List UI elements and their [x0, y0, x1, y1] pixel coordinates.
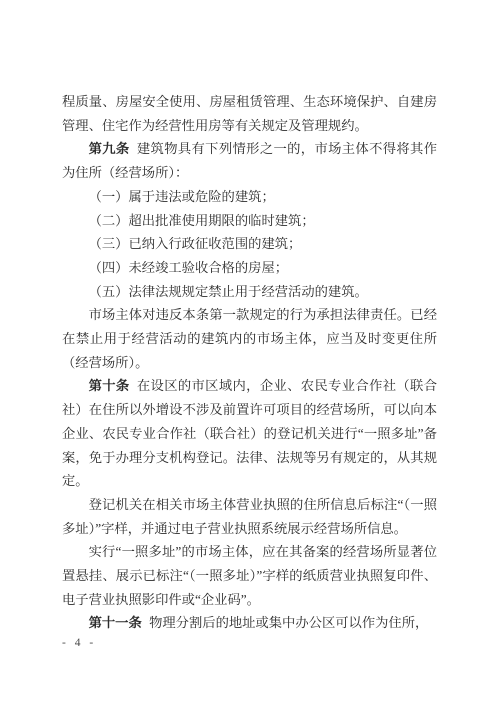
- paragraph-text: 实行“一照多址”的市场主体，应在其备案的经营场所显著位置悬挂、展示已标注“（一照…: [62, 544, 437, 606]
- paragraph: 第十条在设区的市区域内，企业、农民专业合作社（联合社）在住所以外增设不涉及前置许…: [62, 374, 437, 493]
- paragraph-text: 市场主体对违反本条第一款规定的行为承担法律责任。已经在禁止用于经营活动的建筑内的…: [62, 307, 437, 369]
- paragraph: 市场主体对违反本条第一款规定的行为承担法律责任。已经在禁止用于经营活动的建筑内的…: [62, 303, 437, 374]
- paragraph: （一）属于违法或危险的建筑；: [62, 185, 437, 209]
- paragraph: 第十一条物理分割后的地址或集中办公区可以作为住所，: [62, 611, 437, 635]
- document-body: 程质量、房屋安全使用、房屋租赁管理、生态环境保护、自建房管理、住宅作为经营性用房…: [62, 90, 437, 635]
- paragraph-text: （三）已纳入行政征收范围的建筑；: [89, 236, 302, 251]
- paragraph: 程质量、房屋安全使用、房屋租赁管理、生态环境保护、自建房管理、住宅作为经营性用房…: [62, 90, 437, 137]
- paragraph-text: （四）未经竣工验收合格的房屋；: [89, 260, 288, 275]
- paragraph-text: 物理分割后的地址或集中办公区可以作为住所，: [149, 615, 428, 630]
- article-number: 第十条: [89, 378, 130, 393]
- paragraph: （四）未经竣工验收合格的房屋；: [62, 256, 437, 280]
- paragraph: （五）法律法规规定禁止用于经营活动的建筑。: [62, 280, 437, 304]
- article-number: 第十一条: [89, 615, 142, 630]
- paragraph: （二）超出批准使用期限的临时建筑；: [62, 209, 437, 233]
- paragraph-text: 登记机关在相关市场主体营业执照的住所信息后标注“（一照多址）”字样，并通过电子营…: [62, 497, 437, 536]
- page-footer: - 4 -: [62, 636, 96, 650]
- page-number: - 4 -: [62, 637, 96, 649]
- paragraph: 第九条建筑物具有下列情形之一的，市场主体不得将其作为住所（经营场所）：: [62, 137, 437, 184]
- paragraph-text: 在设区的市区域内，企业、农民专业合作社（联合社）在住所以外增设不涉及前置许可项目…: [62, 378, 437, 488]
- paragraph: 实行“一照多址”的市场主体，应在其备案的经营场所显著位置悬挂、展示已标注“（一照…: [62, 540, 437, 611]
- paragraph-text: 程质量、房屋安全使用、房屋租赁管理、生态环境保护、自建房管理、住宅作为经营性用房…: [62, 94, 437, 133]
- paragraph: 登记机关在相关市场主体营业执照的住所信息后标注“（一照多址）”字样，并通过电子营…: [62, 493, 437, 540]
- paragraph-text: （二）超出批准使用期限的临时建筑；: [89, 213, 315, 228]
- document-page: 程质量、房屋安全使用、房屋租赁管理、生态环境保护、自建房管理、住宅作为经营性用房…: [0, 0, 500, 707]
- paragraph: （三）已纳入行政征收范围的建筑；: [62, 232, 437, 256]
- paragraph-text: （一）属于违法或危险的建筑；: [89, 189, 275, 204]
- article-number: 第九条: [89, 141, 130, 156]
- paragraph-text: （五）法律法规规定禁止用于经营活动的建筑。: [89, 284, 368, 299]
